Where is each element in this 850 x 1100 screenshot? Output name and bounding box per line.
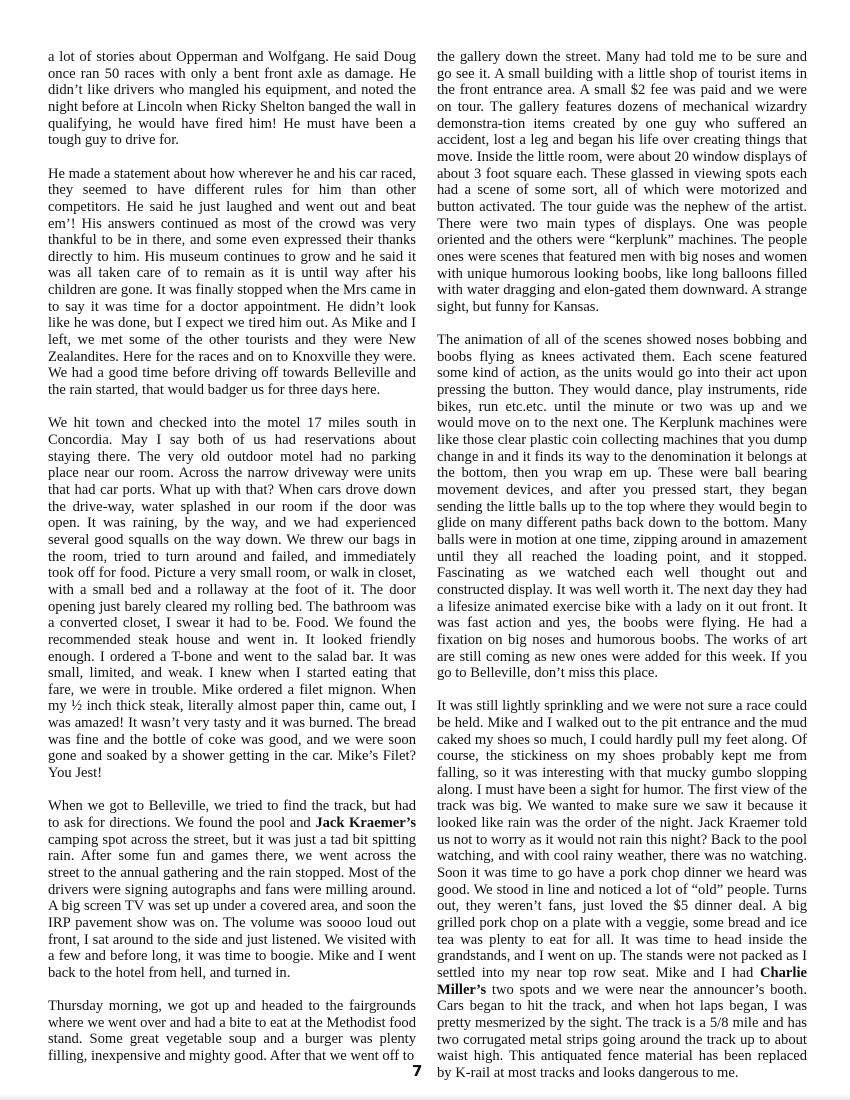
paragraph-opperman-stories: a lot of stories about Opperman and Wolf…: [48, 49, 416, 149]
paragraph-text: camping spot across the street, but it w…: [48, 832, 416, 981]
paragraph-animation-kerplunk: The animation of all of the scenes showe…: [437, 332, 807, 682]
paragraph-text: the gallery down the street. Many had to…: [437, 49, 807, 315]
paragraph-race-night: It was still lightly sprinkling and we w…: [437, 698, 807, 1081]
bold-name-jack-kraemer: Jack Kraemer’s: [315, 815, 416, 831]
scan-edge-shadow: [0, 1094, 850, 1100]
paragraph-belleville-arrival: When we got to Belleville, we tried to f…: [48, 798, 416, 981]
paragraph-text: a lot of stories about Opperman and Wolf…: [48, 49, 416, 148]
paragraph-thursday-morning: Thursday morning, we got up and headed t…: [48, 998, 416, 1065]
paragraph-text: It was still lightly sprinkling and we w…: [437, 698, 807, 981]
left-column: a lot of stories about Opperman and Wolf…: [48, 49, 416, 1081]
paragraph-different-rules: He made a statement about how wherever h…: [48, 166, 416, 399]
paragraph-text: The animation of all of the scenes showe…: [437, 332, 807, 681]
right-column: the gallery down the street. Many had to…: [437, 49, 807, 1098]
paragraph-gallery: the gallery down the street. Many had to…: [437, 49, 807, 316]
paragraph-text: Thursday morning, we got up and headed t…: [48, 998, 416, 1064]
paragraph-text: two spots and we were near the announcer…: [437, 982, 807, 1081]
paragraph-text: We hit town and checked into the motel 1…: [48, 415, 416, 781]
paragraph-text: He made a statement about how wherever h…: [48, 166, 416, 399]
paragraph-concordia-motel: We hit town and checked into the motel 1…: [48, 415, 416, 781]
page-number: 7: [412, 1062, 422, 1080]
document-page: a lot of stories about Opperman and Wolf…: [0, 0, 850, 1100]
